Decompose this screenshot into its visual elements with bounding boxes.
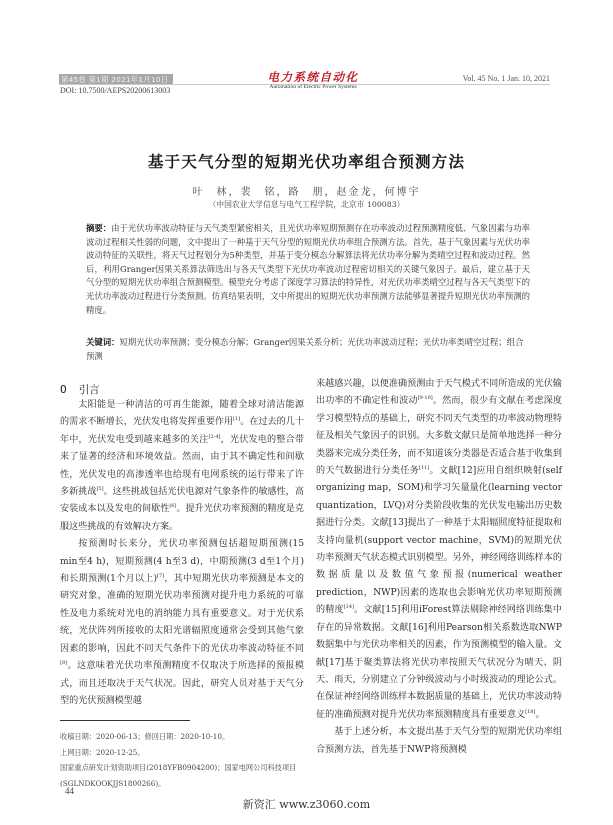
paragraph: 来越感兴趣，以便准确预测由于天气模式不同所造成的光伏输出功率的不确定性和波动[9… — [316, 376, 562, 724]
section-number: 0 — [60, 384, 67, 396]
footnote-funding: 国家重点研发计划资助项目(2018YFB0904200)；国家电网公司科技项目(… — [60, 760, 310, 791]
journal-name-cn: 电力系统自动化 — [258, 71, 368, 84]
citation[interactable]: [2-4] — [209, 434, 221, 440]
citation[interactable]: [18] — [525, 709, 535, 715]
citation[interactable]: [11] — [419, 465, 429, 471]
keywords: 关键词：短期光伏功率预测；变分模态分解；Granger因果关系分析；光伏功率波动… — [86, 336, 530, 363]
abstract: 摘要：由于光伏功率波动特征与天气类型紧密相关，且光伏功率短期预测存在功率波动过程… — [86, 222, 530, 317]
citation[interactable]: [14] — [344, 604, 354, 610]
footnotes: 收稿日期：2020-06-13；修回日期：2020-10-10。 上网日期：20… — [60, 729, 310, 791]
paper-authors: 叶 林，裴 铭，路 朋，赵金龙，何博宇 — [0, 183, 613, 198]
citation[interactable]: [5] — [96, 486, 103, 492]
footnote-online: 上网日期：2020-12-25。 — [60, 745, 310, 761]
watermark: 新资汇 www.z3060.com — [0, 796, 613, 812]
paragraph: 基于上述分析，本文提出基于天气分型的短期光伏功率组合预测方法，首先基于NWP将预… — [316, 724, 562, 759]
abstract-text: 由于光伏功率波动特征与天气类型紧密相关，且光伏功率短期预测存在功率波动过程预测精… — [86, 223, 530, 315]
doi-text: DOI: 10.7500/AEPS20200613003 — [60, 86, 170, 95]
abstract-label: 摘要： — [86, 223, 111, 233]
section-title: 引言 — [79, 384, 100, 396]
journal-logo: 电力系统自动化 Automation of Electric Power Sys… — [258, 71, 368, 91]
paragraph: 太阳能是一种清洁的可再生能源，随着全球对清洁能源的需求不断增长，光伏发电将发挥重… — [60, 397, 304, 536]
body-column-right: 来越感兴趣，以便准确预测由于天气模式不同所造成的光伏输出功率的不确定性和波动[9… — [316, 376, 562, 759]
volume-info: Vol. 45 No. 1 Jan. 10, 2021 — [463, 74, 550, 83]
citation[interactable]: [9-10] — [418, 395, 433, 401]
footnote-divider — [60, 720, 190, 721]
paragraph: 按预测时长来分，光伏功率预测包括超短期预测(15 min至4 h)，短期预测(4… — [60, 536, 304, 710]
page-number: 44 — [65, 786, 74, 796]
paper-title: 基于天气分型的短期光伏功率组合预测方法 — [0, 150, 613, 172]
journal-name-en: Automation of Electric Power Systems — [258, 84, 368, 91]
section-heading: 0引言 — [60, 382, 112, 397]
paper-affiliation: （中国农业大学信息与电气工程学院，北京市 100083） — [0, 199, 613, 210]
body-column-left: 太阳能是一种清洁的可再生能源，随着全球对清洁能源的需求不断增长，光伏发电将发挥重… — [60, 397, 304, 710]
keywords-text: 短期光伏功率预测；变分模态分解；Granger因果关系分析；光伏功率波动过程；光… — [86, 337, 523, 361]
footnote-received: 收稿日期：2020-06-13；修回日期：2020-10-10。 — [60, 729, 310, 745]
keywords-label: 关键词： — [86, 337, 120, 347]
